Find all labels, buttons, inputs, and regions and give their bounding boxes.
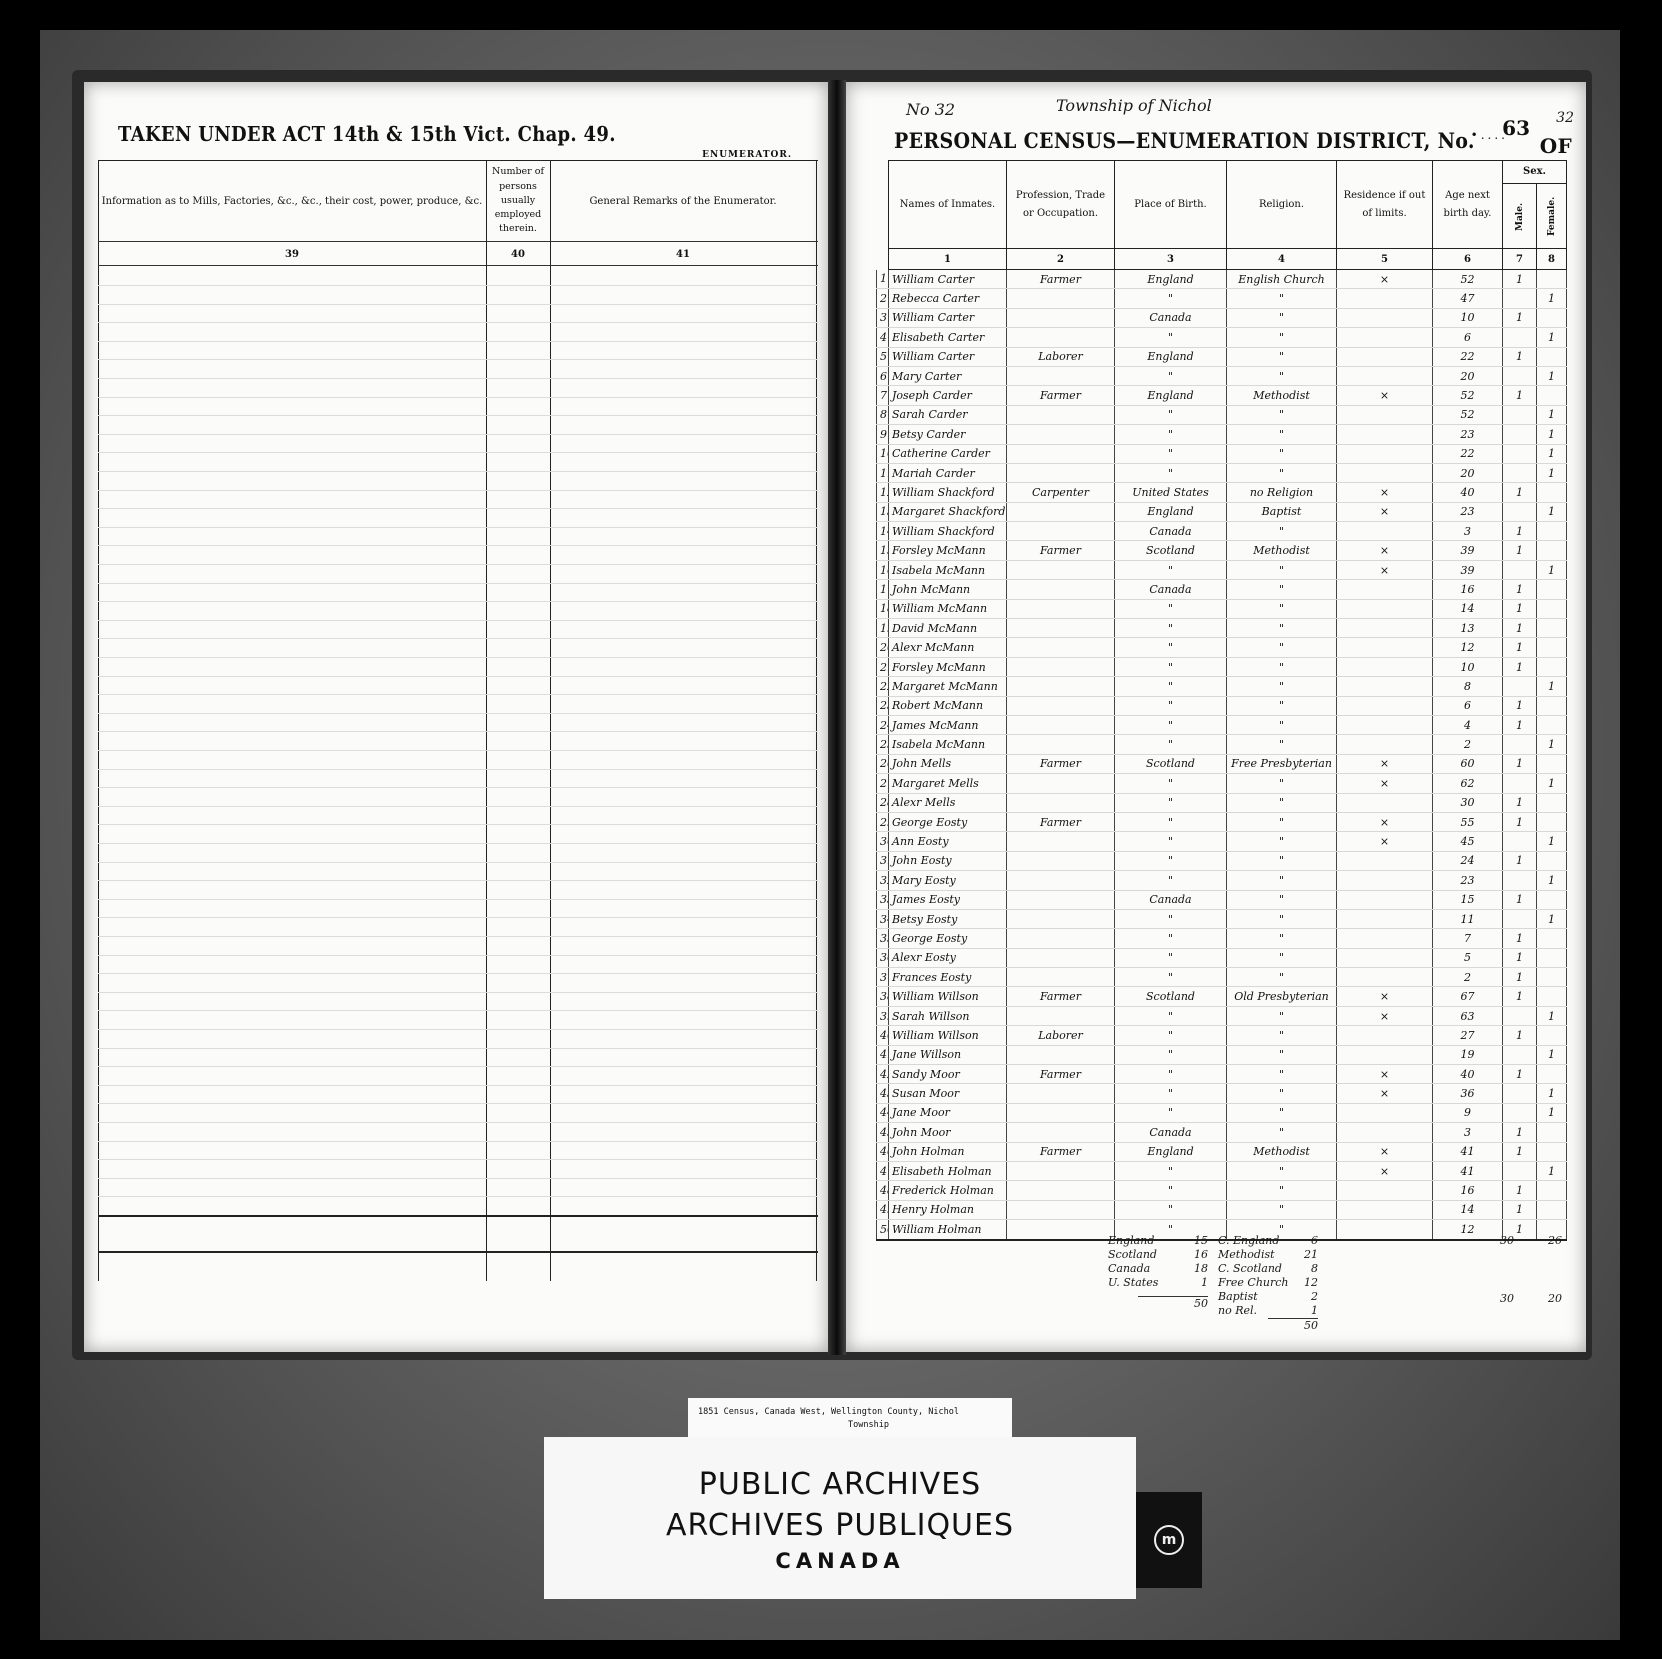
female-cell: 1 <box>1537 909 1567 928</box>
age-cell: 6 <box>1433 696 1503 715</box>
inmate-name: Elisabeth Holman <box>889 1161 1007 1180</box>
ruled-line <box>98 583 818 584</box>
male-cell: 1 <box>1503 1181 1537 1200</box>
male-cell: 1 <box>1503 793 1537 812</box>
male-cell: 1 <box>1503 1065 1537 1084</box>
age-cell: 4 <box>1433 715 1503 734</box>
female-cell: 1 <box>1537 366 1567 385</box>
religion-cell: " <box>1227 463 1337 482</box>
male-cell <box>1503 444 1537 463</box>
tally-count: 1 <box>1311 1304 1318 1318</box>
male-cell <box>1503 1084 1537 1103</box>
female-cell <box>1537 948 1567 967</box>
inmate-name: Jane Willson <box>889 1045 1007 1064</box>
census-row: 29George EostyFarmer""×551 <box>877 812 1567 831</box>
tally-count: 12 <box>1304 1276 1318 1290</box>
female-cell: 1 <box>1537 444 1567 463</box>
row-number: 15 <box>877 541 889 560</box>
male-cell: 1 <box>1503 599 1537 618</box>
female-cell <box>1537 270 1567 289</box>
personal-census-table: Names of Inmates. Profession, Trade or O… <box>876 160 1567 1241</box>
census-row: 25Isabela McMann""21 <box>877 735 1567 754</box>
residence-cell <box>1337 444 1433 463</box>
birthplace-cell: Canada <box>1115 580 1227 599</box>
row-number: 29 <box>877 812 889 831</box>
occupation-cell <box>1007 929 1115 948</box>
inmate-name: Rebecca Carter <box>889 289 1007 308</box>
occupation-cell <box>1007 890 1115 909</box>
inmate-name: William Holman <box>889 1220 1007 1240</box>
religion-cell: " <box>1227 909 1337 928</box>
birthplace-cell: " <box>1115 405 1227 424</box>
religion-cell: Baptist <box>1227 502 1337 521</box>
male-cell: 1 <box>1503 483 1537 502</box>
ruled-line <box>98 769 818 770</box>
census-rows: 1William CarterFarmerEnglandEnglish Chur… <box>877 270 1567 1240</box>
birthplace-cell: " <box>1115 948 1227 967</box>
occupation-cell: Farmer <box>1007 987 1115 1006</box>
census-row: 12William ShackfordCarpenterUnited State… <box>877 483 1567 502</box>
age-cell: 7 <box>1433 929 1503 948</box>
occupation-cell <box>1007 1103 1115 1122</box>
census-row: 35George Eosty""71 <box>877 929 1567 948</box>
row-number: 17 <box>877 580 889 599</box>
census-row: 8Sarah Carder""521 <box>877 405 1567 424</box>
residence-cell: × <box>1337 386 1433 405</box>
census-row: 24James McMann""41 <box>877 715 1567 734</box>
age-cell: 63 <box>1433 1006 1503 1025</box>
religion-cell: Methodist <box>1227 386 1337 405</box>
occupation-cell <box>1007 463 1115 482</box>
ruled-line <box>98 434 818 435</box>
tally-count: 6 <box>1311 1234 1318 1248</box>
female-cell: 1 <box>1537 1006 1567 1025</box>
male-cell: 1 <box>1503 968 1537 987</box>
female-cell: 1 <box>1537 774 1567 793</box>
inmate-name: George Eosty <box>889 929 1007 948</box>
religion-tally-item: Baptist2 <box>1218 1290 1318 1304</box>
ruled-line <box>98 415 818 416</box>
occupation-cell: Farmer <box>1007 1065 1115 1084</box>
column-number-2: 2 <box>1007 249 1115 270</box>
residence-cell <box>1337 715 1433 734</box>
male-total: 30 <box>1500 1292 1514 1305</box>
inmate-name: Frances Eosty <box>889 968 1007 987</box>
column-header-occupation: Profession, Trade or Occupation. <box>1007 161 1115 249</box>
ruled-line <box>98 880 818 881</box>
occupation-cell <box>1007 405 1115 424</box>
birthplace-cell: " <box>1115 793 1227 812</box>
tally-count: 15 <box>1194 1234 1208 1248</box>
male-cell <box>1503 463 1537 482</box>
age-cell: 13 <box>1433 619 1503 638</box>
column-number-1: 1 <box>889 249 1007 270</box>
male-cell <box>1503 735 1537 754</box>
female-cell: 1 <box>1537 425 1567 444</box>
female-total: 20 <box>1548 1292 1562 1305</box>
census-row: 45John MoorCanada"31 <box>877 1123 1567 1142</box>
male-cell <box>1503 425 1537 444</box>
occupation-cell: Farmer <box>1007 1142 1115 1161</box>
female-cell: 1 <box>1537 871 1567 890</box>
birthplace-cell: " <box>1115 1181 1227 1200</box>
residence-cell <box>1337 677 1433 696</box>
residence-cell <box>1337 851 1433 870</box>
birthplace-cell: " <box>1115 599 1227 618</box>
age-cell: 23 <box>1433 502 1503 521</box>
residence-cell: × <box>1337 483 1433 502</box>
female-cell: 1 <box>1537 328 1567 347</box>
female-cell <box>1537 386 1567 405</box>
grid-border <box>816 161 817 1281</box>
row-number: 20 <box>877 638 889 657</box>
census-row: 49Henry Holman""141 <box>877 1200 1567 1219</box>
row-number: 43 <box>877 1084 889 1103</box>
female-cell: 1 <box>1537 1084 1567 1103</box>
tally-count: 2 <box>1311 1290 1318 1304</box>
row-number: 22 <box>877 677 889 696</box>
row-number: 32 <box>877 871 889 890</box>
tally-count: 18 <box>1194 1262 1208 1276</box>
residence-cell <box>1337 328 1433 347</box>
occupation-cell: Farmer <box>1007 386 1115 405</box>
religion-cell: Methodist <box>1227 1142 1337 1161</box>
ruled-line <box>98 731 818 732</box>
ruled-line <box>98 1196 818 1197</box>
female-cell: 1 <box>1537 463 1567 482</box>
ruled-line <box>98 322 818 323</box>
residence-cell <box>1337 1045 1433 1064</box>
census-row: 7Joseph CarderFarmerEnglandMethodist×521 <box>877 386 1567 405</box>
census-row: 46John HolmanFarmerEnglandMethodist×411 <box>877 1142 1567 1161</box>
religion-cell: " <box>1227 580 1337 599</box>
row-number: 12 <box>877 483 889 502</box>
female-cell <box>1537 619 1567 638</box>
ruled-line <box>98 899 818 900</box>
ruled-line <box>98 1085 818 1086</box>
column-number-39: 39 <box>98 243 486 265</box>
inmate-name: George Eosty <box>889 812 1007 831</box>
inmate-name: William Carter <box>889 308 1007 327</box>
male-cell: 1 <box>1503 270 1537 289</box>
occupation-cell <box>1007 502 1115 521</box>
residence-cell <box>1337 909 1433 928</box>
inmate-name: Henry Holman <box>889 1200 1007 1219</box>
column-number-5: 5 <box>1337 249 1433 270</box>
birthplace-cell: " <box>1115 696 1227 715</box>
male-cell: 1 <box>1503 1200 1537 1219</box>
male-cell: 1 <box>1503 851 1537 870</box>
census-row: 34Betsy Eosty""111 <box>877 909 1567 928</box>
residence-cell <box>1337 619 1433 638</box>
religion-cell: " <box>1227 1045 1337 1064</box>
male-cell: 1 <box>1503 1142 1537 1161</box>
religion-cell: " <box>1227 1161 1337 1180</box>
male-cell <box>1503 289 1537 308</box>
male-cell: 1 <box>1503 638 1537 657</box>
religion-cell: " <box>1227 1123 1337 1142</box>
row-number: 1 <box>877 270 889 289</box>
census-row: 16Isabela McMann""×391 <box>877 560 1567 579</box>
occupation-cell <box>1007 366 1115 385</box>
female-cell <box>1537 968 1567 987</box>
tally-label: Baptist <box>1218 1290 1258 1304</box>
birthplace-cell: " <box>1115 851 1227 870</box>
census-row: 1William CarterFarmerEnglandEnglish Chur… <box>877 270 1567 289</box>
female-cell <box>1537 715 1567 734</box>
column-number-41: 41 <box>551 243 815 265</box>
column-header-birthplace: Place of Birth. <box>1115 161 1227 249</box>
census-row: 6Mary Carter""201 <box>877 366 1567 385</box>
birthplace-cell: Scotland <box>1115 541 1227 560</box>
birthplace-cell: " <box>1115 735 1227 754</box>
birthplace-cell: " <box>1115 657 1227 676</box>
female-cell <box>1537 1026 1567 1045</box>
female-cell <box>1537 638 1567 657</box>
row-number: 19 <box>877 619 889 638</box>
religion-tally-item: C. England6 <box>1218 1234 1318 1248</box>
tally-count: 1 <box>1201 1276 1208 1290</box>
residence-cell: × <box>1337 1161 1433 1180</box>
occupation-cell <box>1007 1006 1115 1025</box>
page-number: 63 <box>1502 116 1530 140</box>
column-header-age: Age next birth day. <box>1433 161 1503 249</box>
inmate-name: William McMann <box>889 599 1007 618</box>
occupation-cell <box>1007 1084 1115 1103</box>
column-number-4: 4 <box>1227 249 1337 270</box>
age-cell: 12 <box>1433 638 1503 657</box>
ruled-line <box>98 806 818 807</box>
row-number: 48 <box>877 1181 889 1200</box>
male-cell: 1 <box>1503 580 1537 599</box>
ruled-line <box>98 657 818 658</box>
religion-cell: " <box>1227 522 1337 541</box>
occupation-cell <box>1007 1181 1115 1200</box>
residence-cell <box>1337 1181 1433 1200</box>
ruled-line <box>98 1122 818 1123</box>
residence-cell <box>1337 580 1433 599</box>
ruled-line <box>98 973 818 974</box>
birthplace-tally: England15Scotland16Canada18U. States1 50 <box>1108 1234 1208 1310</box>
occupation-cell <box>1007 715 1115 734</box>
sex-totals-row: 30 26 <box>1500 1234 1562 1247</box>
inmate-name: William Shackford <box>889 483 1007 502</box>
ruled-line <box>98 1048 818 1049</box>
age-cell: 16 <box>1433 1181 1503 1200</box>
age-cell: 3 <box>1433 522 1503 541</box>
female-cell <box>1537 599 1567 618</box>
inmate-name: John McMann <box>889 580 1007 599</box>
birthplace-cell: " <box>1115 1084 1227 1103</box>
row-number: 23 <box>877 696 889 715</box>
religion-cell: " <box>1227 1181 1337 1200</box>
inmate-name: Alexr Eosty <box>889 948 1007 967</box>
age-cell: 19 <box>1433 1045 1503 1064</box>
row-number: 14 <box>877 522 889 541</box>
census-row: 32Mary Eosty""231 <box>877 871 1567 890</box>
age-cell: 22 <box>1433 444 1503 463</box>
bottom-rule <box>98 1251 818 1253</box>
age-cell: 10 <box>1433 657 1503 676</box>
religion-cell: Old Presbyterian <box>1227 987 1337 1006</box>
occupation-cell <box>1007 948 1115 967</box>
residence-cell <box>1337 735 1433 754</box>
residence-cell: × <box>1337 812 1433 831</box>
religion-cell: " <box>1227 425 1337 444</box>
religion-cell: " <box>1227 774 1337 793</box>
female-cell <box>1537 929 1567 948</box>
female-cell <box>1537 347 1567 366</box>
census-row: 21Forsley McMann""101 <box>877 657 1567 676</box>
male-cell: 1 <box>1503 890 1537 909</box>
age-cell: 10 <box>1433 308 1503 327</box>
age-cell: 3 <box>1433 1123 1503 1142</box>
residence-cell: × <box>1337 1065 1433 1084</box>
female-cell <box>1537 812 1567 831</box>
female-cell <box>1537 793 1567 812</box>
ruled-line <box>98 824 818 825</box>
occupation-cell <box>1007 657 1115 676</box>
female-cell <box>1537 1123 1567 1142</box>
age-cell: 2 <box>1433 735 1503 754</box>
birthplace-cell: Canada <box>1115 1123 1227 1142</box>
residence-cell <box>1337 289 1433 308</box>
residence-cell <box>1337 1103 1433 1122</box>
religion-cell: " <box>1227 715 1337 734</box>
birthplace-cell: " <box>1115 1103 1227 1122</box>
ruled-line <box>98 917 818 918</box>
residence-cell <box>1337 366 1433 385</box>
religion-tally-item: C. Scotland8 <box>1218 1262 1318 1276</box>
inmate-name: Alexr Mells <box>889 793 1007 812</box>
female-total-alt: 26 <box>1548 1234 1562 1247</box>
male-cell <box>1503 677 1537 696</box>
birthplace-tally-item: Canada18 <box>1108 1262 1208 1276</box>
inmate-name: Joseph Carder <box>889 386 1007 405</box>
religion-cell: " <box>1227 1200 1337 1219</box>
column-header-employed: Number of persons usually employed there… <box>487 161 549 241</box>
ruled-line <box>98 787 818 788</box>
religion-cell: " <box>1227 812 1337 831</box>
male-cell: 1 <box>1503 386 1537 405</box>
female-cell <box>1537 541 1567 560</box>
age-cell: 40 <box>1433 1065 1503 1084</box>
religion-total: 50 <box>1268 1318 1318 1332</box>
row-number: 35 <box>877 929 889 948</box>
male-cell <box>1503 560 1537 579</box>
birthplace-total: 50 <box>1138 1296 1208 1310</box>
inmate-name: Elisabeth Carter <box>889 328 1007 347</box>
inmate-name: Sandy Moor <box>889 1065 1007 1084</box>
row-number: 44 <box>877 1103 889 1122</box>
ruled-line <box>98 676 818 677</box>
age-cell: 62 <box>1433 774 1503 793</box>
female-cell <box>1537 522 1567 541</box>
inmate-name: William Carter <box>889 270 1007 289</box>
inmate-name: Catherine Carder <box>889 444 1007 463</box>
male-cell <box>1503 871 1537 890</box>
census-row: 40William WillsonLaborer""271 <box>877 1026 1567 1045</box>
tally-count: 21 <box>1304 1248 1318 1262</box>
tally-label: England <box>1108 1234 1154 1248</box>
residence-cell <box>1337 1026 1433 1045</box>
inmate-name: John Eosty <box>889 851 1007 870</box>
male-cell <box>1503 1161 1537 1180</box>
male-cell <box>1503 502 1537 521</box>
occupation-cell <box>1007 1045 1115 1064</box>
ruled-line <box>98 955 818 956</box>
row-number: 3 <box>877 308 889 327</box>
residence-cell <box>1337 522 1433 541</box>
column-header-residence: Residence if out of limits. <box>1337 161 1433 249</box>
birthplace-cell: " <box>1115 832 1227 851</box>
birthplace-cell: England <box>1115 502 1227 521</box>
female-cell: 1 <box>1537 405 1567 424</box>
religion-tally-item: Methodist21 <box>1218 1248 1318 1262</box>
inmate-name: Sarah Willson <box>889 1006 1007 1025</box>
of-label: OF <box>1540 134 1572 158</box>
male-cell: 1 <box>1503 812 1537 831</box>
occupation-cell: Farmer <box>1007 812 1115 831</box>
ruled-line <box>98 638 818 639</box>
occupation-cell <box>1007 580 1115 599</box>
male-cell <box>1503 1103 1537 1122</box>
inmate-name: William Willson <box>889 1026 1007 1045</box>
age-cell: 36 <box>1433 1084 1503 1103</box>
row-number: 4 <box>877 328 889 347</box>
ruled-line <box>98 341 818 342</box>
tally-label: U. States <box>1108 1276 1158 1290</box>
inmate-name: John Moor <box>889 1123 1007 1142</box>
age-cell: 6 <box>1433 328 1503 347</box>
male-cell: 1 <box>1503 987 1537 1006</box>
sex-totals: 30 20 <box>1500 1292 1562 1305</box>
occupation-cell: Farmer <box>1007 270 1115 289</box>
age-cell: 60 <box>1433 754 1503 773</box>
header-rule <box>98 241 818 242</box>
inmate-name: Margaret Mells <box>889 774 1007 793</box>
collection-label-line1: 1851 Census, Canada West, Wellington Cou… <box>698 1406 1002 1419</box>
residence-cell: × <box>1337 987 1433 1006</box>
column-header-religion: Religion. <box>1227 161 1337 249</box>
male-cell <box>1503 366 1537 385</box>
census-row: 19David McMann""131 <box>877 619 1567 638</box>
age-cell: 14 <box>1433 1200 1503 1219</box>
male-cell <box>1503 909 1537 928</box>
occupation-cell <box>1007 308 1115 327</box>
male-cell: 1 <box>1503 657 1537 676</box>
religion-cell: " <box>1227 405 1337 424</box>
religion-cell: no Religion <box>1227 483 1337 502</box>
female-cell <box>1537 890 1567 909</box>
page-number-handwritten: 32 <box>1556 110 1574 126</box>
religion-cell: " <box>1227 948 1337 967</box>
census-row: 42Sandy MoorFarmer""×401 <box>877 1065 1567 1084</box>
residence-cell <box>1337 929 1433 948</box>
residence-cell <box>1337 638 1433 657</box>
inmate-name: David McMann <box>889 619 1007 638</box>
male-cell: 1 <box>1503 619 1537 638</box>
birthplace-tally-item: Scotland16 <box>1108 1248 1208 1262</box>
birthplace-cell: " <box>1115 560 1227 579</box>
census-row: 15Forsley McMannFarmerScotlandMethodist×… <box>877 541 1567 560</box>
column-header-names: Names of Inmates. <box>889 161 1007 249</box>
handwritten-district-number: No 32 <box>906 100 955 119</box>
row-number: 28 <box>877 793 889 812</box>
religion-cell: " <box>1227 677 1337 696</box>
residence-cell <box>1337 599 1433 618</box>
birthplace-cell: " <box>1115 929 1227 948</box>
